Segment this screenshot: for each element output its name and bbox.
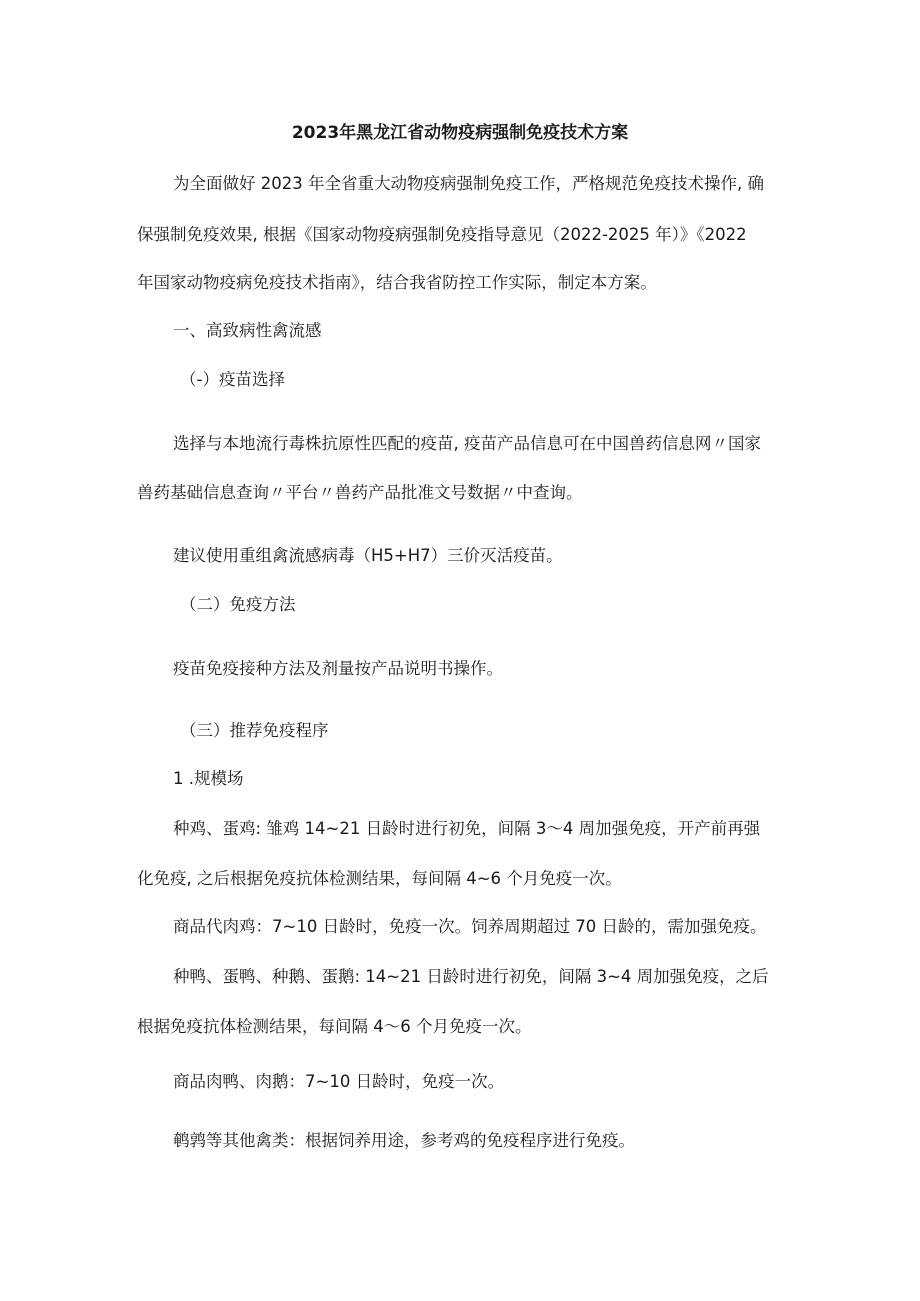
paragraph-vaccine-line-1: 选择与本地流行毒株抗原性匹配的疫苗, 疫苗产品信息可在中国兽药信息网〃国家 (173, 433, 761, 455)
paragraph-broiler: 商品代肉鸡：7~10 日龄时，免疫一次。饲养周期超过 70 日龄的，需加强免疫。 (173, 916, 767, 938)
paragraph-method: 疫苗免疫接种方法及剂量按产品说明书操作。 (173, 658, 503, 680)
subsection-heading-vaccine-selection: （-）疫苗选择 (180, 369, 285, 391)
paragraph-intro-line-2: 保强制免疫效果, 根据《国家动物疫病强制免疫指导意见（2022-2025 年）》… (137, 224, 747, 246)
paragraph-duck-goose-line-1: 种鸭、蛋鸭、种鹅、蛋鹅: 14~21 日龄时进行初免，间隔 3~4 周加强免疫，… (173, 966, 769, 988)
paragraph-meat-duck-goose: 商品肉鸭、肉鹅：7~10 日龄时，免疫一次。 (173, 1071, 504, 1093)
paragraph-duck-goose-line-2: 根据免疫抗体检测结果，每间隔 4～6 个月免疫一次。 (137, 1016, 532, 1038)
paragraph-chicken-line-1: 种鸡、蛋鸡: 雏鸡 14~21 日龄时进行初免，间隔 3～4 周加强免疫，开产前… (173, 818, 760, 840)
section-heading-1: 一、高致病性禽流感 (173, 320, 322, 342)
paragraph-other-poultry: 鹌鹑等其他禽类：根据饲养用途，参考鸡的免疫程序进行免疫。 (173, 1130, 635, 1152)
document-title: 2023年黑龙江省动物疫病强制免疫技术方案 (0, 122, 920, 144)
paragraph-intro-line-3: 年国家动物疫病免疫技术指南》，结合我省防控工作实际，制定本方案。 (137, 272, 657, 294)
paragraph-chicken-line-2: 化免疫, 之后根据免疫抗体检测结果，每间隔 4~6 个月免疫一次。 (137, 868, 622, 890)
paragraph-intro-line-1: 为全面做好 2023 年全省重大动物疫病强制免疫工作，严格规范免疫技术操作, 确 (173, 173, 764, 195)
subsection-heading-program: （三）推荐免疫程序 (180, 720, 329, 742)
item-heading-large-farms: 1 .规模场 (173, 768, 244, 790)
paragraph-recommendation: 建议使用重组禽流感病毒（H5+H7）三价灭活疫苗。 (173, 545, 563, 567)
subsection-heading-method: （二）免疫方法 (180, 594, 296, 616)
paragraph-vaccine-line-2: 兽药基础信息查询〃平台〃兽药产品批准文号数据〃中查询。 (137, 482, 583, 504)
